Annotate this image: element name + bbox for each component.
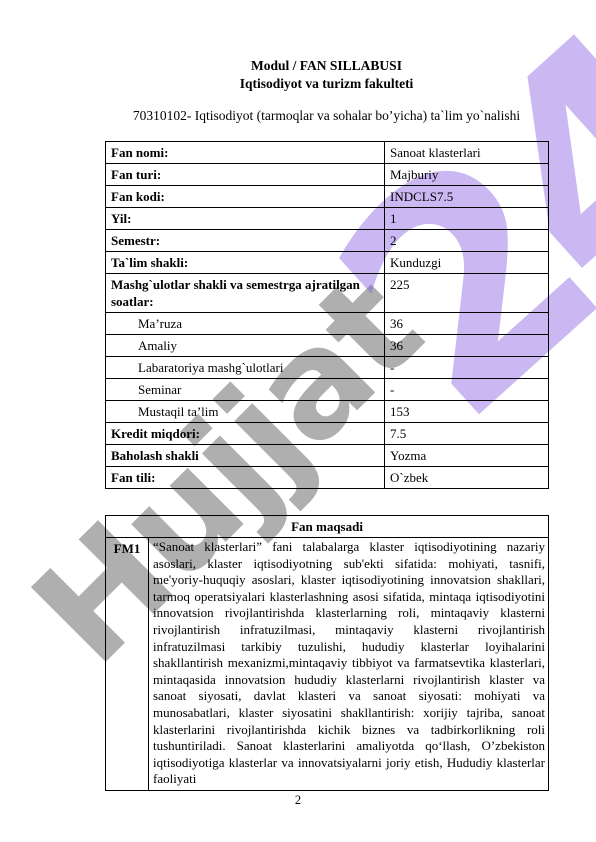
table-row: FM1 “Sanoat klasterlari” fani talabalarg… (106, 538, 549, 791)
document-page: Hujjat 24 Modul / FAN SILLABUSI Iqtisodi… (0, 0, 596, 842)
purpose-table-header: Fan maqsadi (106, 516, 549, 538)
table-row: Mashg`ulotlar shakli va semestrga ajrati… (106, 274, 549, 313)
row-value: 36 (385, 313, 549, 335)
table-row: Fan kodi: INDCLS7.5 (106, 186, 549, 208)
title-line-2: Iqtisodiyot va turizm fakulteti (105, 75, 548, 93)
table-row: Ma’ruza 36 (106, 313, 549, 335)
row-label: Ma’ruza (106, 313, 385, 335)
row-label: Semestr: (106, 230, 385, 252)
row-label: Yil: (106, 208, 385, 230)
row-label: Mashg`ulotlar shakli va semestrga ajrati… (106, 274, 385, 313)
row-value: - (385, 357, 549, 379)
row-label: Fan turi: (106, 164, 385, 186)
row-value: 7.5 (385, 423, 549, 445)
row-label: Baholash shakli (106, 445, 385, 467)
row-value: 153 (385, 401, 549, 423)
row-label: Fan nomi: (106, 142, 385, 164)
table-row: Fan maqsadi (106, 516, 549, 538)
row-value: Kunduzgi (385, 252, 549, 274)
row-label: Fan tili: (106, 467, 385, 489)
table-row: Ta`lim shakli: Kunduzgi (106, 252, 549, 274)
row-value: Yozma (385, 445, 549, 467)
table-row: Fan turi: Majburiy (106, 164, 549, 186)
table-row: Labaratoriya mashg`ulotlari - (106, 357, 549, 379)
table-row: Seminar - (106, 379, 549, 401)
table-row: Kredit miqdori: 7.5 (106, 423, 549, 445)
course-info-table: Fan nomi: Sanoat klasterlari Fan turi: M… (105, 141, 549, 489)
row-label: Ta`lim shakli: (106, 252, 385, 274)
purpose-code: FM1 (106, 538, 149, 791)
document-body: Modul / FAN SILLABUSI Iqtisodiyot va tur… (0, 0, 596, 791)
row-value: 1 (385, 208, 549, 230)
table-row: Baholash shakli Yozma (106, 445, 549, 467)
page-number: 2 (0, 793, 596, 808)
row-value: INDCLS7.5 (385, 186, 549, 208)
purpose-text: “Sanoat klasterlari” fani talabalarga kl… (149, 538, 549, 791)
row-value: - (385, 379, 549, 401)
title-line-1: Modul / FAN SILLABUSI (105, 57, 548, 75)
course-purpose-table: Fan maqsadi FM1 “Sanoat klasterlari” fan… (105, 515, 549, 791)
row-label: Amaliy (106, 335, 385, 357)
row-value: 2 (385, 230, 549, 252)
row-label: Mustaqil ta’lim (106, 401, 385, 423)
row-value: O`zbek (385, 467, 549, 489)
table-row: Fan nomi: Sanoat klasterlari (106, 142, 549, 164)
table-row: Mustaqil ta’lim 153 (106, 401, 549, 423)
row-value: Sanoat klasterlari (385, 142, 549, 164)
table-row: Yil: 1 (106, 208, 549, 230)
table-row: Fan tili: O`zbek (106, 467, 549, 489)
row-label: Labaratoriya mashg`ulotlari (106, 357, 385, 379)
table-row: Semestr: 2 (106, 230, 549, 252)
row-value: 225 (385, 274, 549, 313)
program-subtitle: 70310102- Iqtisodiyot (tarmoqlar va soha… (105, 108, 548, 124)
document-title: Modul / FAN SILLABUSI Iqtisodiyot va tur… (105, 57, 548, 92)
row-label: Kredit miqdori: (106, 423, 385, 445)
row-value: Majburiy (385, 164, 549, 186)
row-label: Seminar (106, 379, 385, 401)
row-value: 36 (385, 335, 549, 357)
table-row: Amaliy 36 (106, 335, 549, 357)
row-label: Fan kodi: (106, 186, 385, 208)
